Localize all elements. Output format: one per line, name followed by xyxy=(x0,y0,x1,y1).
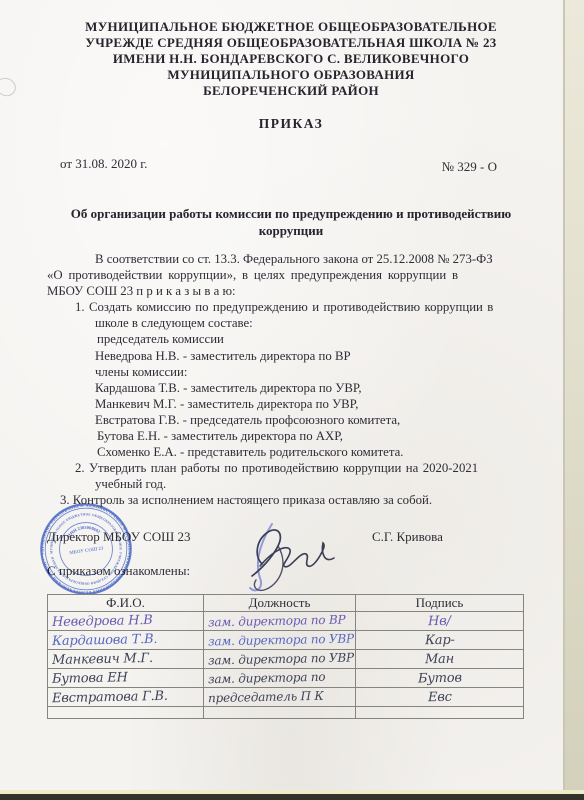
handwritten-position: зам. директора по УВР xyxy=(208,631,354,648)
col-header-signature: Подпись xyxy=(356,595,524,612)
body-line: 1. Создать комиссию по предупреждению и … xyxy=(47,299,525,315)
body-line: «О противодействии коррупции», в целях п… xyxy=(47,267,525,283)
org-letterhead: МУНИЦИПАЛЬНОЕ БЮДЖЕТНОЕ ОБЩЕОБРАЗОВАТЕЛЬ… xyxy=(40,19,542,99)
body-line: Неведрова Н.В. - заместитель директора п… xyxy=(47,348,525,364)
order-number: № 329 - О xyxy=(442,159,497,175)
order-title-line: Об организации работы комиссии по предуп… xyxy=(30,205,552,222)
handwritten-fio: Евстратова Г.В. xyxy=(52,689,168,706)
handwritten-signature: Евс xyxy=(427,690,451,705)
handwritten-position: зам. директора по УВР xyxy=(208,650,354,667)
org-line: ИМЕНИ Н.Н. БОНДАРЕВСКОГО С. ВЕЛИКОВЕЧНОГ… xyxy=(40,51,542,67)
handwritten-signature: Ман xyxy=(425,652,454,668)
order-date: от 31.08. 2020 г. xyxy=(60,156,147,172)
org-line: МУНИЦИПАЛЬНОЕ БЮДЖЕТНОЕ ОБЩЕОБРАЗОВАТЕЛЬ… xyxy=(40,19,542,35)
scan-edge-bottom-shadow xyxy=(0,794,584,800)
body-line: 2. Утвердить план работы по противодейст… xyxy=(47,460,525,476)
order-body: В соответствии со ст. 13.3. Федерального… xyxy=(47,251,525,509)
col-header-fio: Ф.И.О. xyxy=(48,595,204,612)
director-name: С.Г. Кривова xyxy=(372,529,443,545)
handwritten-fio: Манкевич М.Г. xyxy=(52,651,153,668)
acknowledgment-table: Ф.И.О. Должность Подпись Неведрова Н.В з… xyxy=(47,594,524,719)
body-line: Схоменко Е.А. - представитель родительск… xyxy=(47,444,525,460)
body-line: В соответствии со ст. 13.3. Федерального… xyxy=(47,251,525,267)
body-line: члены комиссии: xyxy=(47,364,525,380)
org-line: УЧРЕЖДЕ СРЕДНЯЯ ОБЩЕОБРАЗОВАТЕЛЬНАЯ ШКОЛ… xyxy=(40,35,542,51)
body-line: Бутова Е.Н. - заместитель директора по А… xyxy=(47,428,525,444)
table-row: Евстратова Г.В. председатель П К Евс xyxy=(48,688,524,707)
body-line: Кардашова Т.В. - заместитель директора п… xyxy=(47,380,525,396)
table-row: Манкевич М.Г. зам. директора по УВР Ман xyxy=(48,650,524,669)
handwritten-fio: Бутова ЕН xyxy=(52,670,128,687)
body-line: Манкевич М.Г. - заместитель директора по… xyxy=(47,396,525,412)
org-line: БЕЛОРЕЧЕНСКИЙ РАЙОН xyxy=(40,83,542,99)
scan-edge-right xyxy=(563,0,584,800)
handwritten-position: зам. директора по ВР xyxy=(208,613,346,630)
official-round-stamp: УПРАВЛЕНИЕ ОБРАЗОВАНИЕМ АДМИНИСТРАЦИИ МУ… xyxy=(30,495,142,604)
handwritten-fio: Неведрова Н.В xyxy=(52,613,153,630)
handwritten-position: зам. директора по xyxy=(208,670,326,686)
stamp-center-text: МБОУ СОШ 23 xyxy=(69,546,104,556)
col-header-position: Должность xyxy=(204,595,356,612)
handwritten-signature: Кар- xyxy=(424,633,454,649)
handwritten-position: председатель П К xyxy=(208,689,324,705)
table-row: Неведрова Н.В зам. директора по ВР Нв/ xyxy=(48,612,524,631)
body-line: учебный год. xyxy=(47,476,525,492)
table-row: Бутова ЕН зам. директора по Бутов xyxy=(48,669,524,688)
handwritten-signature: Нв/ xyxy=(428,614,451,629)
director-signature-ink xyxy=(232,514,362,600)
handwritten-fio: Кардашова Т.В. xyxy=(52,632,158,649)
scanned-order-document: МУНИЦИПАЛЬНОЕ БЮДЖЕТНОЕ ОБЩЕОБРАЗОВАТЕЛЬ… xyxy=(0,0,584,800)
body-line: председатель комиссии xyxy=(47,331,525,347)
handwritten-signature: Бутов xyxy=(417,671,461,687)
table-header-row: Ф.И.О. Должность Подпись xyxy=(48,595,524,612)
body-line: школе в следующем составе: xyxy=(47,315,525,331)
doc-type-heading: ПРИКАЗ xyxy=(0,116,582,132)
order-title-line: коррупции xyxy=(30,222,552,239)
body-line: Евстратова Г.В. - председатель профсоюзн… xyxy=(47,412,525,428)
body-line: МБОУ СОШ 23 п р и к а з ы в а ю: xyxy=(47,283,525,299)
org-line: МУНИЦИПАЛЬНОГО ОБРАЗОВАНИЯ xyxy=(40,67,542,83)
table-empty-row xyxy=(48,707,524,719)
order-title: Об организации работы комиссии по предуп… xyxy=(30,205,552,239)
table-row: Кардашова Т.В. зам. директора по УВР Кар… xyxy=(48,631,524,650)
